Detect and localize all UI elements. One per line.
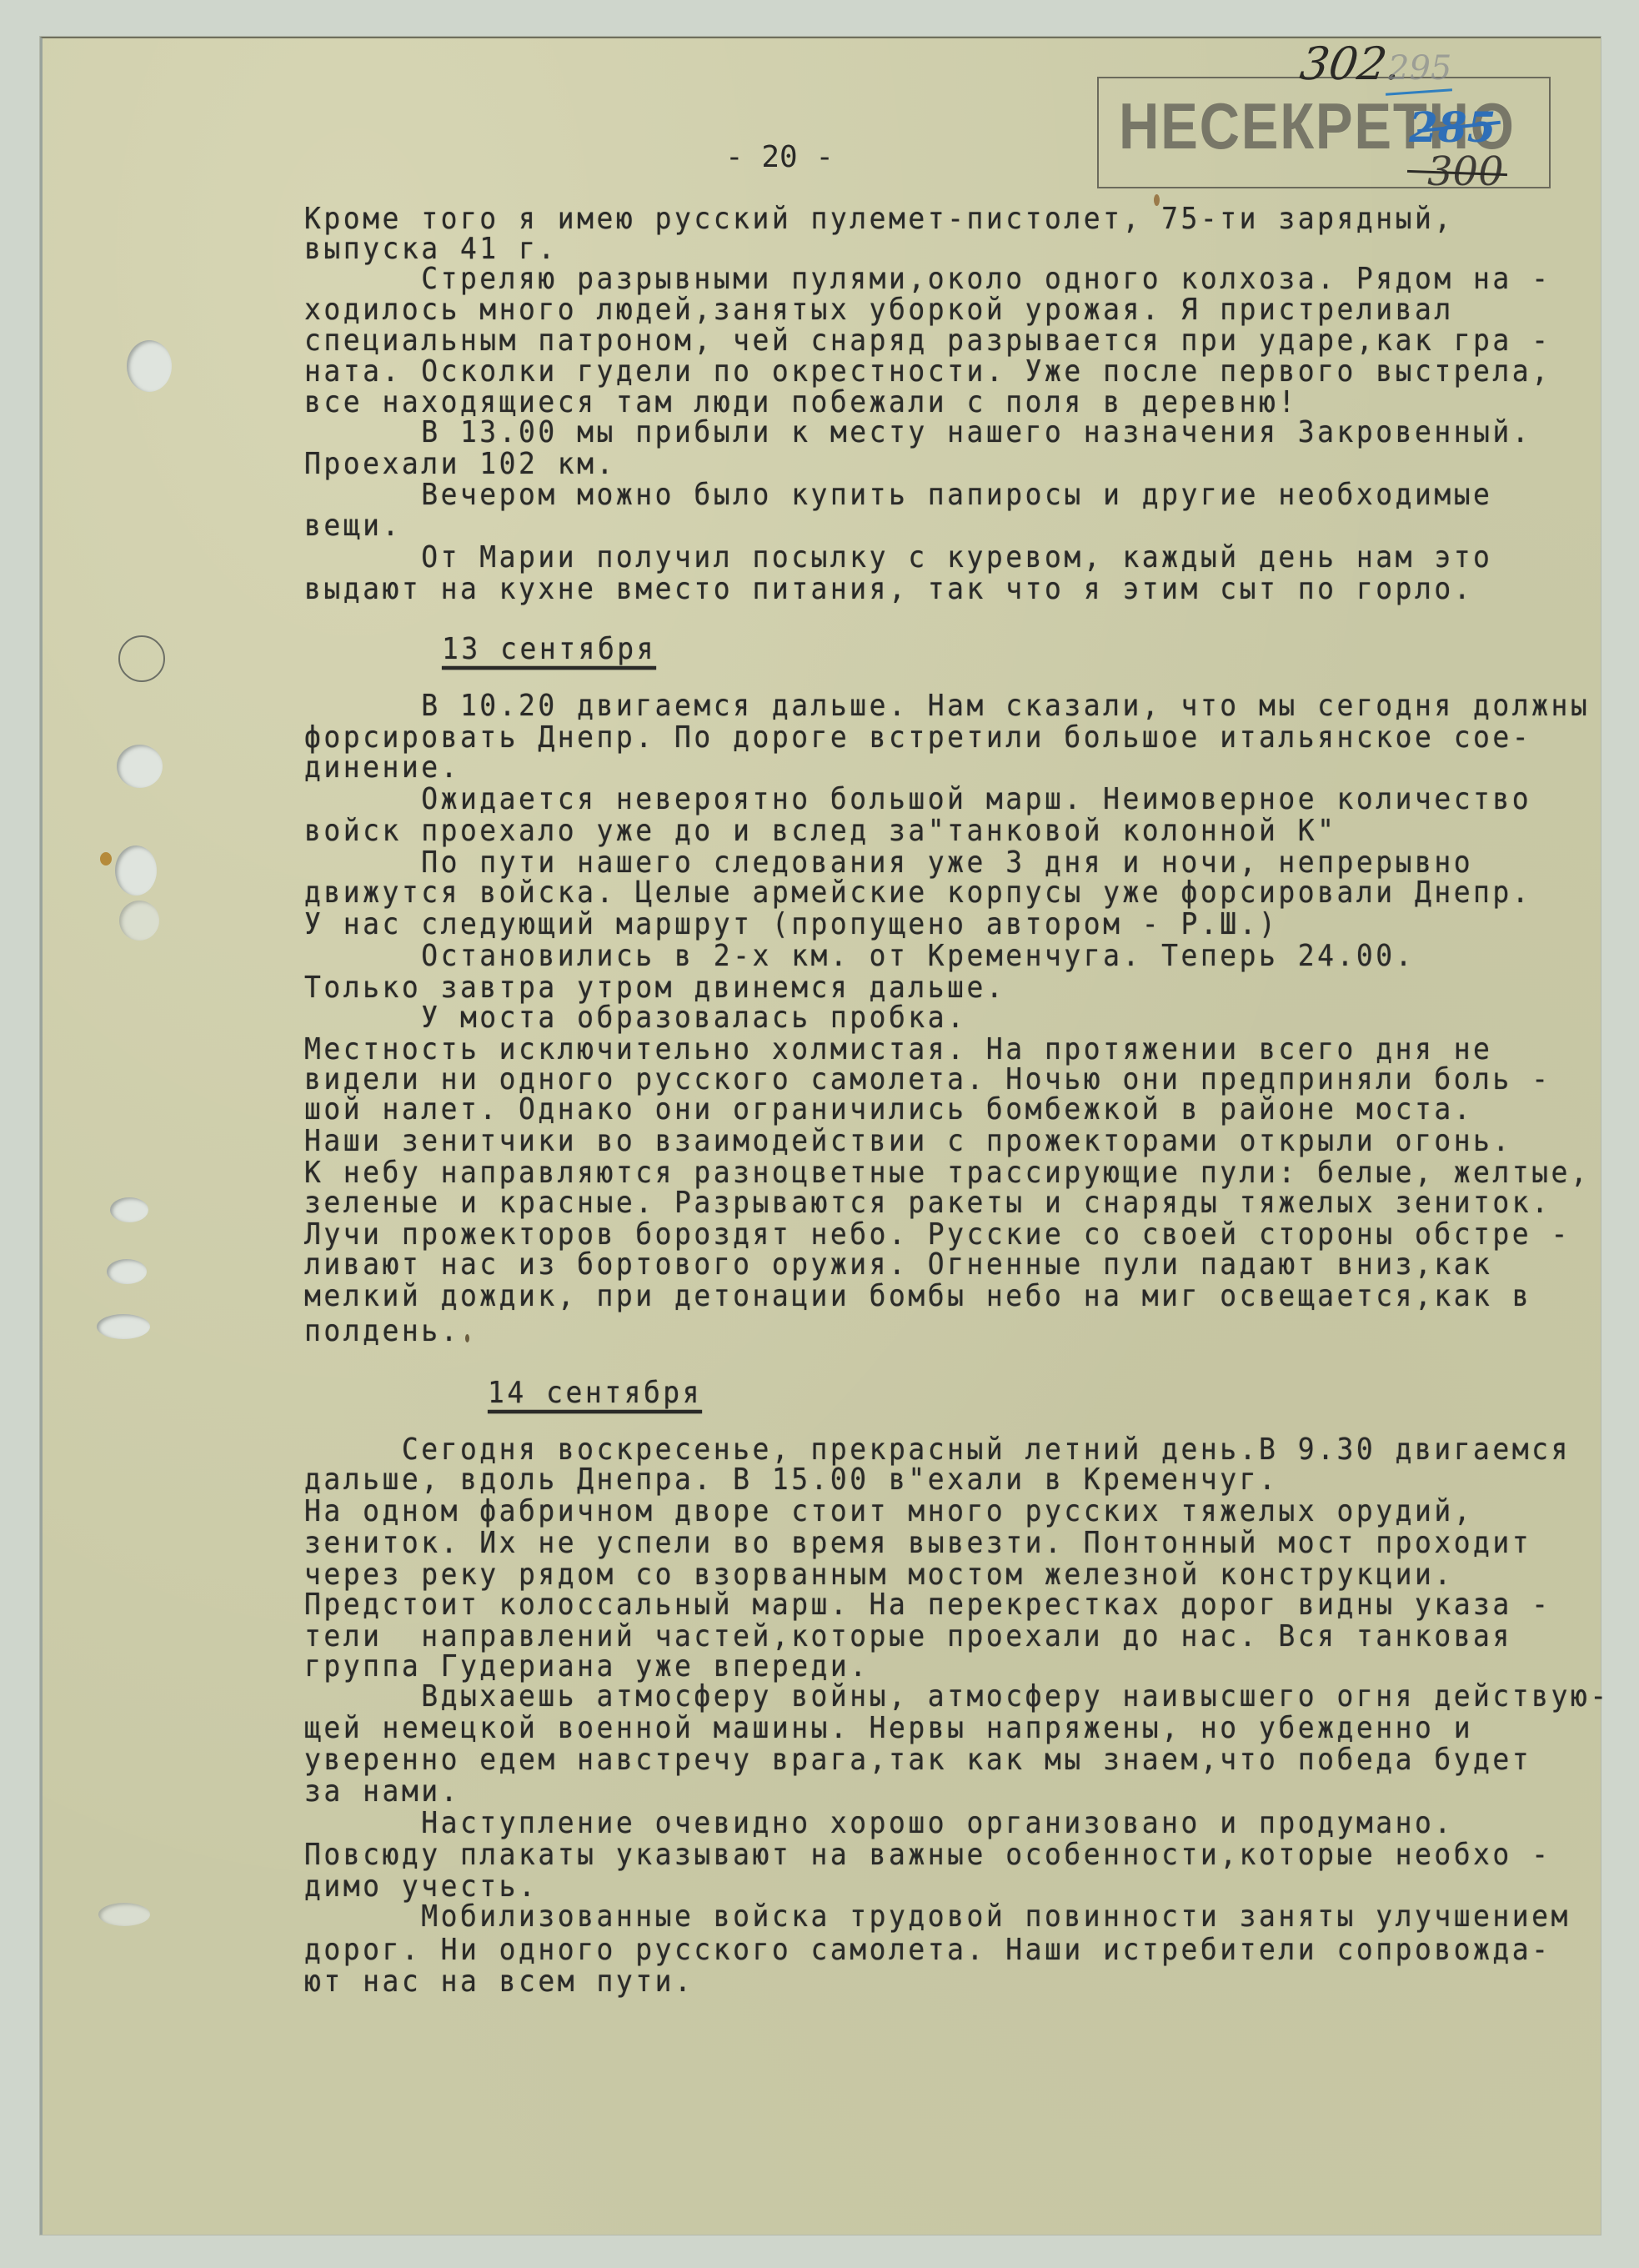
text-line: В 13.00 мы прибыли к месту нашего назнач… — [304, 417, 1531, 447]
text-line: От Марии получил посылку с куревом, кажд… — [304, 542, 1492, 572]
text-line: форсировать Днепр. По дороге встретили б… — [304, 722, 1531, 752]
text-line: полдень. — [304, 1316, 460, 1346]
ink-speck — [465, 1334, 469, 1342]
text-line: видели ни одного русского самолета. Ночь… — [304, 1064, 1551, 1094]
punch-hole — [127, 340, 172, 392]
text-line: Мобилизованные войска трудовой повинност… — [304, 1901, 1571, 1931]
text-line: Вдыхаешь атмосферу войны, атмосферу наив… — [304, 1681, 1610, 1711]
text-line: Проехали 102 км. — [304, 449, 616, 479]
text-line: вещи. — [304, 510, 402, 540]
text-line: В 10.20 двигаемся дальше. Нам сказали, ч… — [304, 690, 1590, 720]
text-line: ют нас на всем пути. — [304, 1966, 694, 1996]
text-line: движутся войска. Целые армейские корпусы… — [304, 877, 1531, 907]
text-line: дорог. Ни одного русского самолета. Наши… — [304, 1934, 1551, 1964]
text-line: тели направлений частей,которые проехали… — [304, 1621, 1512, 1651]
text-line: группа Гудериана уже впереди. — [304, 1651, 870, 1681]
rust-spot — [100, 852, 112, 866]
text-line: Наступление очевидно хорошо организовано… — [304, 1808, 1454, 1838]
punch-hole — [118, 635, 165, 682]
text-line: ната. Осколки гудели по окрестности. Уже… — [304, 356, 1551, 386]
text-line: дальше, вдоль Днепра. В 15.00 в"ехали в … — [304, 1464, 1278, 1494]
punch-hole — [110, 1197, 148, 1222]
text-line: На одном фабричном дворе стоит много рус… — [304, 1496, 1473, 1526]
text-line: Сегодня воскресенье, прекрасный летний д… — [304, 1434, 1571, 1464]
text-line: По пути нашего следования уже 3 дня и но… — [304, 847, 1473, 877]
text-line: динение. — [304, 752, 460, 782]
date-heading: 13 сентября — [442, 634, 656, 664]
text-line: щей немецкой военной машины. Нервы напря… — [304, 1713, 1473, 1743]
text-line: специальным патроном, чей снаряд разрыва… — [304, 325, 1551, 355]
date-heading: 14 сентября — [488, 1377, 702, 1407]
punch-hole — [97, 1314, 150, 1339]
punch-hole — [98, 1903, 150, 1926]
text-line: выпуска 41 г. — [304, 233, 558, 263]
text-line: войск проехало уже до и вслед за"танково… — [304, 815, 1337, 845]
punch-hole — [119, 901, 159, 941]
archive-number-struck-faint: 295 — [1388, 52, 1451, 85]
text-line: ливают нас из бортового оружия. Огненные… — [304, 1249, 1492, 1279]
text-line: шой налет. Однако они ограничились бомбе… — [304, 1094, 1473, 1124]
page-number: - 20 - — [725, 140, 834, 174]
text-line: Вечером можно было купить папиросы и дру… — [304, 479, 1492, 509]
text-line: Местность исключительно холмистая. На пр… — [304, 1034, 1492, 1064]
text-line: мелкий дождик, при детонации бомбы небо … — [304, 1281, 1531, 1311]
text-line: все находящиеся там люди побежали с поля… — [304, 387, 1298, 417]
text-line: ходилось много людей,занятых уборкой уро… — [304, 294, 1454, 324]
text-line: Наши зенитчики во взаимодействии с проже… — [304, 1126, 1512, 1156]
text-line: зеленые и красные. Разрываются ракеты и … — [304, 1187, 1551, 1217]
text-line: Ожидается невероятно большой марш. Неимо… — [304, 784, 1531, 814]
text-line: димо учесть. — [304, 1871, 538, 1901]
text-line: Лучи прожекторов бороздят небо. Русские … — [304, 1219, 1571, 1249]
text-line: Стреляю разрывными пулями,около одного к… — [304, 263, 1551, 294]
text-line: У нас следующий маршрут (пропущено автор… — [304, 909, 1278, 939]
punch-hole — [117, 745, 163, 788]
text-line: Остановились в 2-х км. от Кременчуга. Те… — [304, 941, 1415, 971]
text-line: через реку рядом со взорванным мостом же… — [304, 1559, 1454, 1589]
text-line: уверенно едем навстречу врага,так как мы… — [304, 1744, 1531, 1774]
punch-hole — [107, 1259, 147, 1284]
text-line: Предстоит колоссальный марш. На перекрес… — [304, 1589, 1551, 1619]
text-line: за нами. — [304, 1776, 460, 1806]
text-line: Только завтра утром двинемся дальше. — [304, 972, 1005, 1002]
text-line: зениток. Их не успели во время вывезти. … — [304, 1528, 1531, 1558]
text-line: Повсюду плакаты указывают на важные особ… — [304, 1839, 1551, 1869]
text-line: У моста образовалась пробка. — [304, 1002, 967, 1032]
punch-hole — [115, 845, 157, 896]
text-line: выдают на кухне вместо питания, так что … — [304, 574, 1473, 604]
text-line: Кроме того я имею русский пулемет-пистол… — [304, 203, 1454, 233]
text-line: К небу направляются разноцветные трассир… — [304, 1157, 1590, 1187]
